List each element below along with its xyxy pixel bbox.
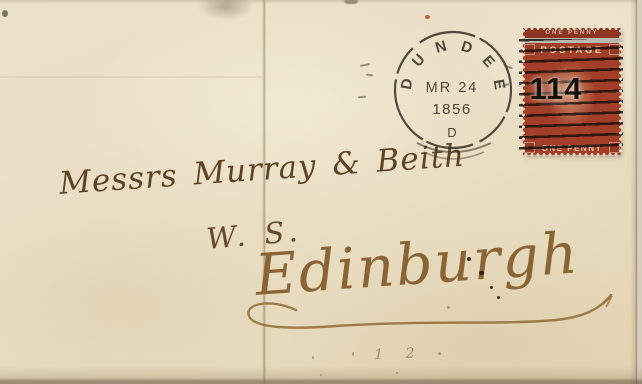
postmark-date: MR 24	[426, 80, 479, 96]
postmark-dundee-cds: DUNDEE MR 24 1856 D	[372, 9, 534, 171]
cover-bottom-edge	[0, 366, 642, 384]
flourish-underline	[248, 295, 612, 328]
postmark-doubled-arc	[424, 152, 484, 159]
stamp-perforation	[523, 153, 621, 156]
cover-right-edge	[630, 0, 642, 384]
penny-red-stamp: ONE PENNY POSTAGE ONE PENNY 114	[523, 28, 621, 155]
postmark-index-letter: D	[447, 125, 456, 140]
stamp-perforation	[523, 27, 621, 30]
cover-photograph: Messrs Murray & Beith W. S. Edinburgh 1 …	[0, 0, 642, 384]
stamp-perforation	[522, 28, 525, 155]
stamp-perforation	[619, 28, 622, 155]
postmark-year: 1856	[432, 101, 471, 118]
cancel-numeral: 114	[528, 70, 584, 108]
cover-top-edge	[0, 0, 642, 4]
